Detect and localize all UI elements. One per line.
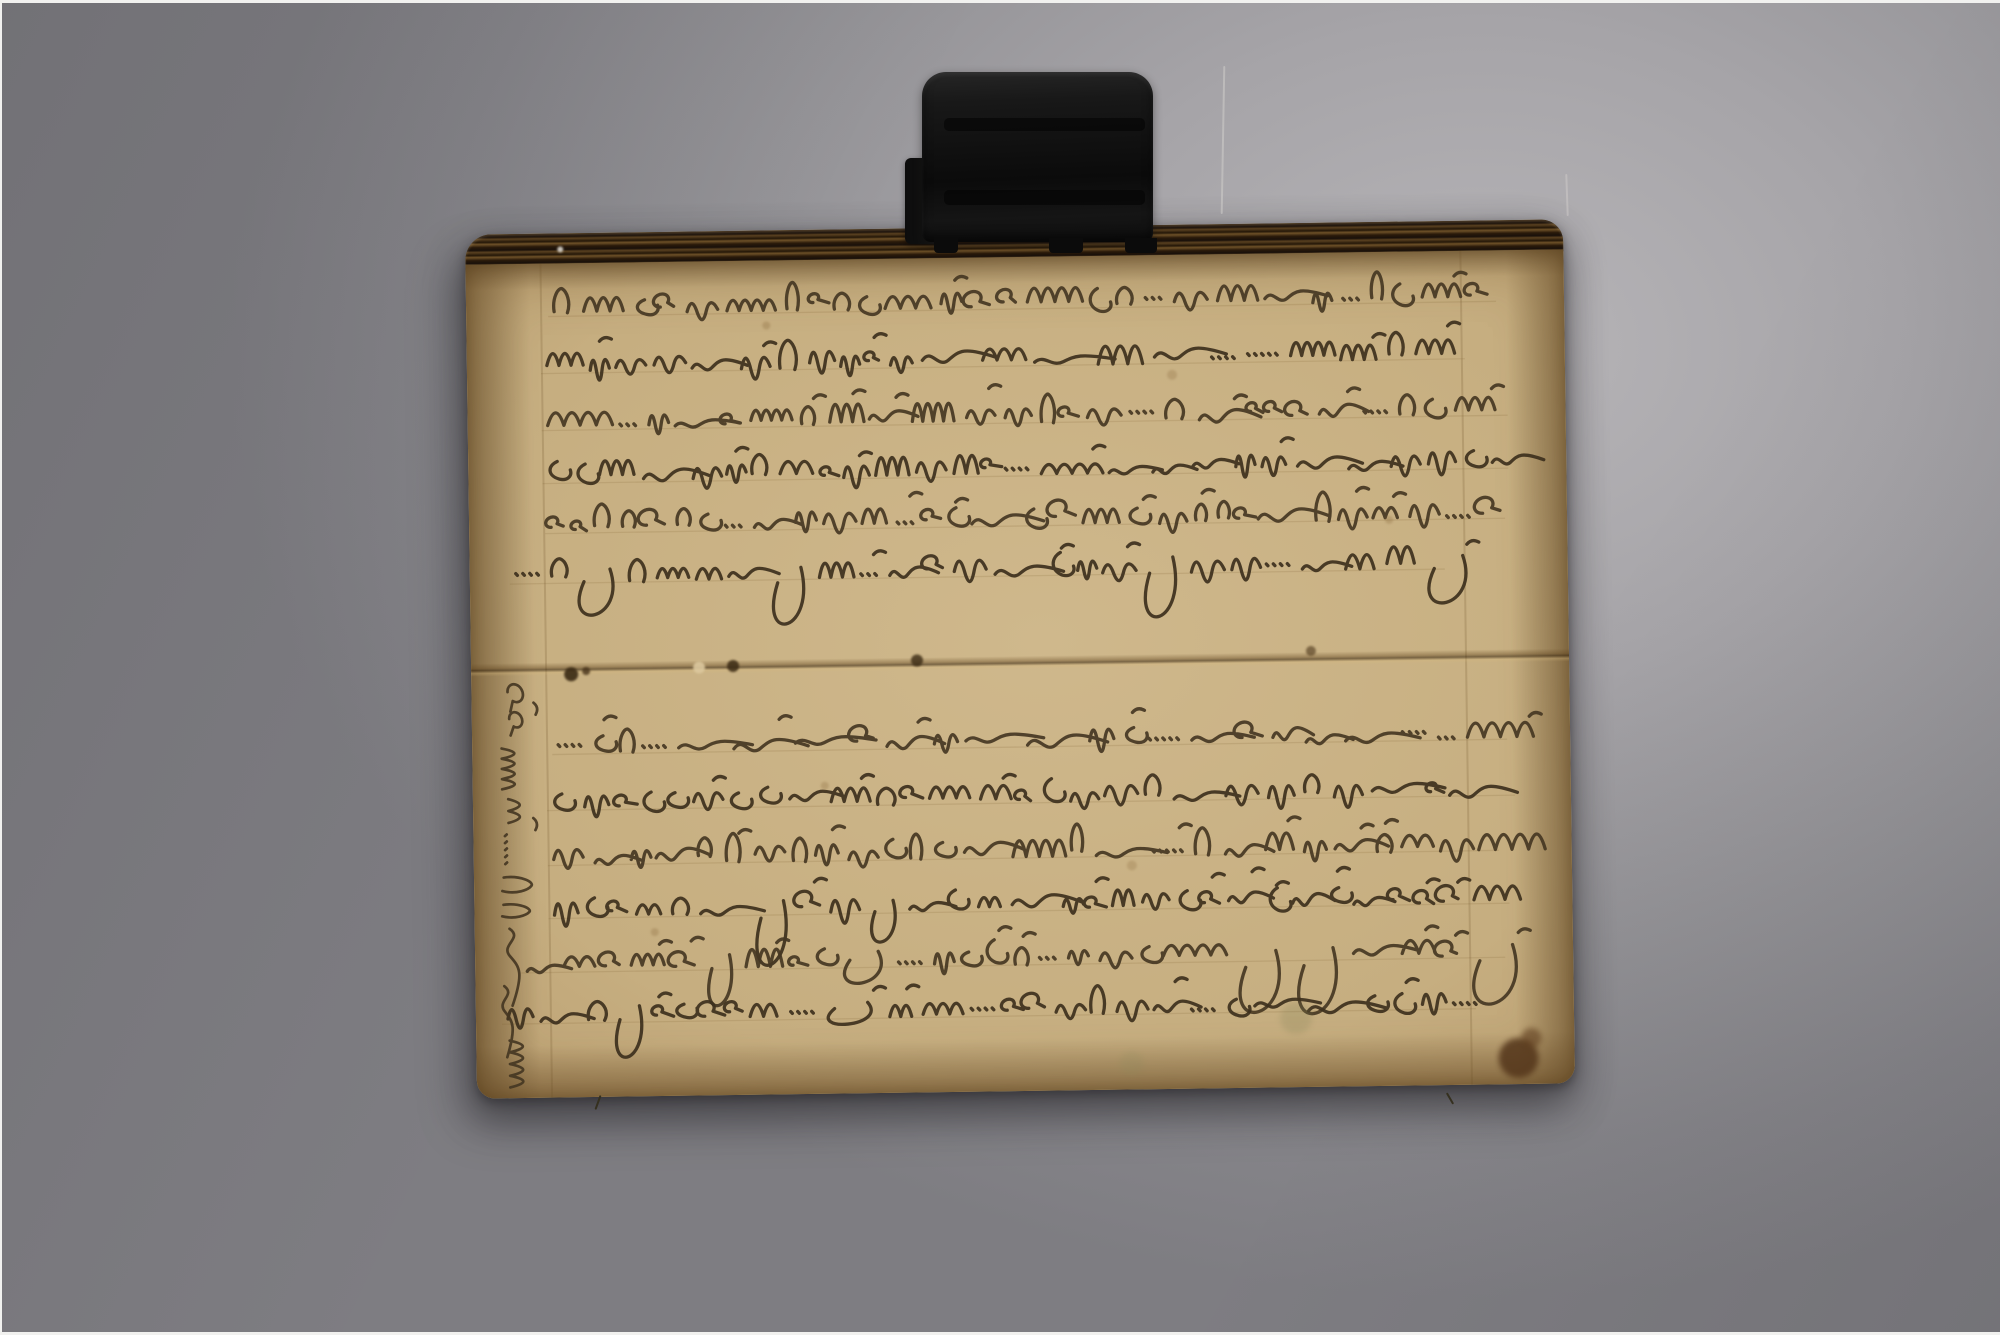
clamp-foot (934, 238, 958, 253)
frame-bar-left (0, 0, 2, 1335)
clamp-foot (1125, 238, 1157, 253)
loose-thread (1221, 66, 1226, 214)
clamp-seam (944, 118, 1145, 131)
binder-clamp (905, 72, 1155, 256)
margin-rule-right (1459, 251, 1473, 1085)
clamp-body (922, 72, 1153, 242)
frame-bar-top (0, 0, 2000, 3)
manuscript-book (465, 219, 1575, 1098)
margin-rule-left (539, 264, 553, 1098)
binding-pin (1446, 1092, 1454, 1104)
binding-pin (594, 1095, 601, 1110)
clamp-seam (944, 190, 1145, 205)
clamp-foot (1049, 238, 1083, 253)
photograph-backdrop (0, 0, 2000, 1335)
loose-thread (1565, 174, 1568, 216)
